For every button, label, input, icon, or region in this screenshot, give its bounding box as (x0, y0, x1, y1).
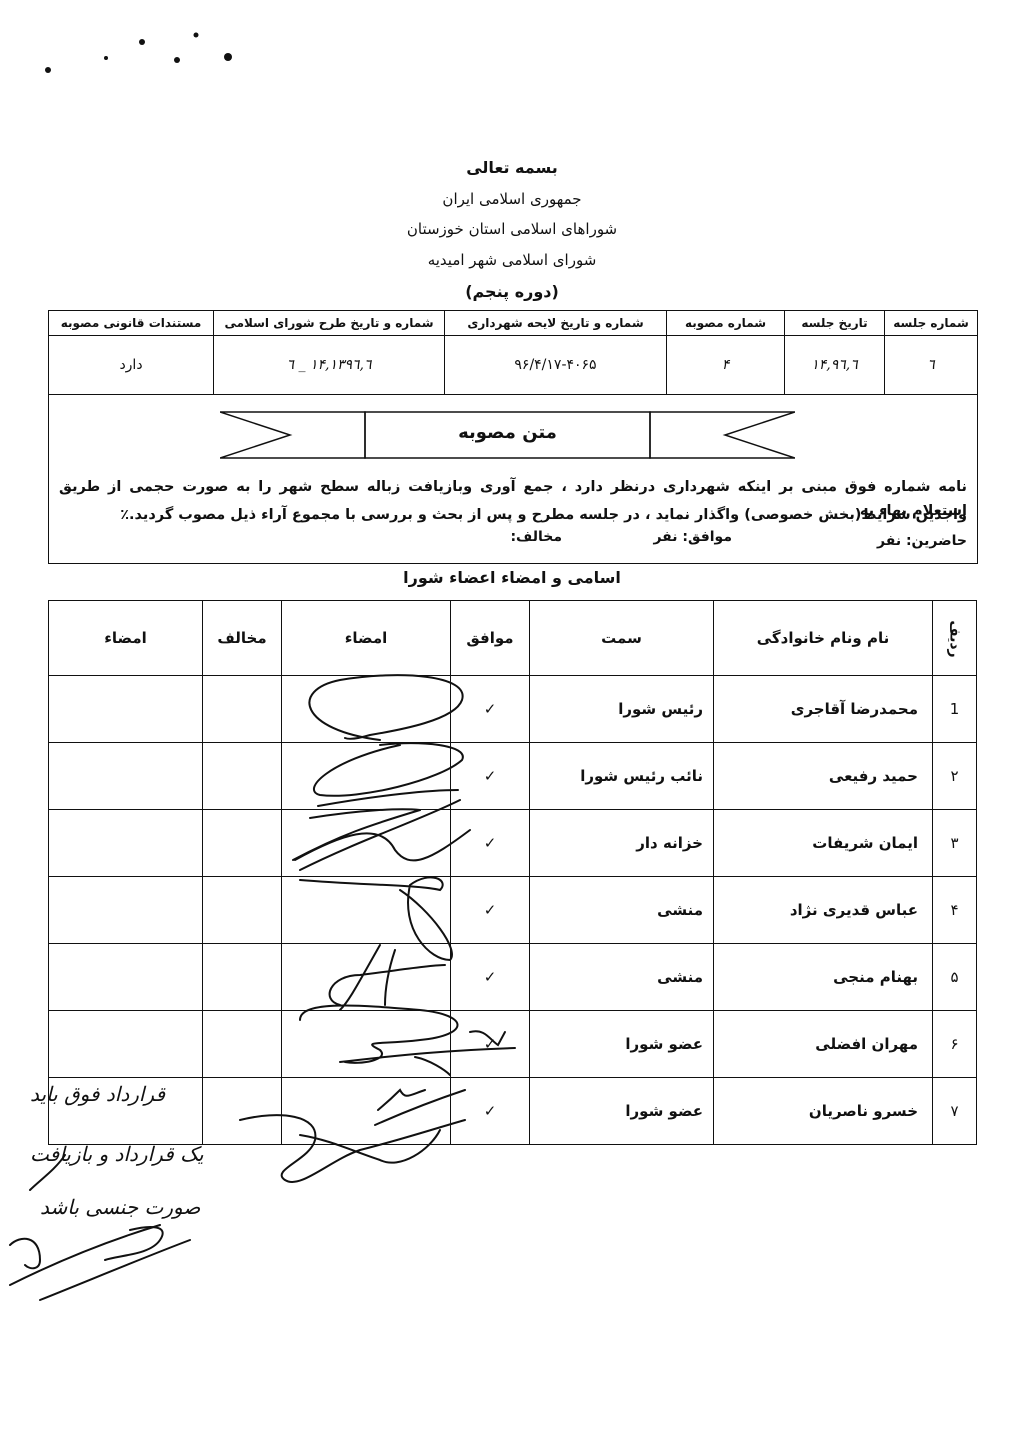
header-full-name: نام ونام خانوادگی (714, 601, 933, 676)
table-row: ۵ بهنام منجی منشی ✓ (49, 944, 977, 1011)
header-session-number: شماره جلسه (885, 311, 978, 336)
member-position: رئیس شورا (530, 676, 714, 743)
oppose-signature-cell (49, 810, 203, 877)
agree-check-icon: ✓ (451, 676, 530, 743)
handwritten-note-line-3: صورت جنسی باشد (40, 1195, 200, 1219)
oppose-cell (203, 944, 282, 1011)
member-position: نائب رئیس شورا (530, 743, 714, 810)
agree-count-label: موافق: نفر (653, 529, 732, 545)
table-row: ۷ خسرو ناصریان عضو شورا ✓ (49, 1078, 977, 1145)
agree-check-icon: ✓ (451, 1011, 530, 1078)
handwritten-note-line-1: قرارداد فوق باید (30, 1082, 165, 1106)
value-legal-documents: دارد (49, 336, 214, 395)
member-position: عضو شورا (530, 1078, 714, 1145)
signature-cell (282, 810, 451, 877)
signature-cell (282, 1011, 451, 1078)
city-council-heading: شورای اسلامی شهر امیدیه (0, 251, 1024, 269)
row-number: ۴ (933, 877, 977, 944)
oppose-cell (203, 1011, 282, 1078)
header-position: سمت (530, 601, 714, 676)
oppose-signature-cell (49, 676, 203, 743)
member-position: منشی (530, 944, 714, 1011)
table-row: ۳ ایمان شریفات خزانه دار ✓ (49, 810, 977, 877)
table-row: ۶ مهران افضلی عضو شورا ✓ (49, 1011, 977, 1078)
resolution-title: متن مصوبه (365, 422, 650, 443)
term-heading: (دوره پنجم) (0, 282, 1024, 301)
agree-check-icon: ✓ (451, 810, 530, 877)
header-agree: موافق (451, 601, 530, 676)
members-section-title: اسامی و امضاء اعضاء شورا (0, 568, 1024, 587)
signature-cell (282, 877, 451, 944)
value-resolution-number: ۴ (667, 336, 785, 395)
row-number: ۳ (933, 810, 977, 877)
row-number: ۲ (933, 743, 977, 810)
member-name: مهران افضلی (714, 1011, 933, 1078)
handwritten-note-line-2: یک قرارداد و بازیافت (30, 1142, 204, 1166)
signature-cell (282, 743, 451, 810)
value-session-date: ۹٦,٦,۱۴ (785, 336, 885, 395)
resolution-text-line-2: واجدین شرایط(بخش خصوصی) واگذار نماید ، د… (59, 503, 967, 527)
resolution-info-table: شماره جلسه تاریخ جلسه شماره مصوبه شماره … (48, 310, 978, 395)
present-count-label: حاضرین: نفر (877, 533, 967, 549)
member-name: خسرو ناصریان (714, 1078, 933, 1145)
member-name: ایمان شریفات (714, 810, 933, 877)
member-name: بهنام منجی (714, 944, 933, 1011)
table-row: 1 محمدرضا آقاجری رئیس شورا ✓ (49, 676, 977, 743)
table-row: ۲ حمید رفیعی نائب رئیس شورا ✓ (49, 743, 977, 810)
oppose-signature-cell (49, 1011, 203, 1078)
agree-check-icon: ✓ (451, 1078, 530, 1145)
header-oppose: مخالف (203, 601, 282, 676)
member-position: منشی (530, 877, 714, 944)
row-number: ۶ (933, 1011, 977, 1078)
oppose-cell (203, 1078, 282, 1145)
agree-check-icon: ✓ (451, 743, 530, 810)
invocation-heading: بسمه تعالی (0, 158, 1024, 177)
oppose-cell (203, 676, 282, 743)
signature-cell (282, 1078, 451, 1145)
table-row: ۴ عباس قدیری نژاد منشی ✓ (49, 877, 977, 944)
header-legal-documents: مستندات قانونی مصوبه (49, 311, 214, 336)
row-number: 1 (933, 676, 977, 743)
row-number: ۷ (933, 1078, 977, 1145)
country-heading: جمهوری اسلامی ایران (0, 190, 1024, 208)
member-name: عباس قدیری نژاد (714, 877, 933, 944)
agree-check-icon: ✓ (451, 944, 530, 1011)
header-session-date: تاریخ جلسه (785, 311, 885, 336)
value-session-number: ٦ (885, 336, 978, 395)
signature-cell (282, 944, 451, 1011)
resolution-title-ribbon: متن مصوبه (220, 410, 795, 460)
agree-check-icon: ✓ (451, 877, 530, 944)
header-municipal-bill: شماره و تاریخ لایحه شهرداری (445, 311, 667, 336)
oppose-cell (203, 877, 282, 944)
member-name: محمدرضا آقاجری (714, 676, 933, 743)
oppose-count-label: مخالف: (510, 529, 562, 545)
member-name: حمید رفیعی (714, 743, 933, 810)
row-number: ۵ (933, 944, 977, 1011)
header-signature: امضاء (282, 601, 451, 676)
member-position: خزانه دار (530, 810, 714, 877)
signature-cell (282, 676, 451, 743)
header-council-plan: شماره و تاریخ طرح شورای اسلامی (214, 311, 445, 336)
oppose-signature-cell (49, 944, 203, 1011)
council-members-table: ردیف نام ونام خانوادگی سمت موافق امضاء م… (48, 600, 977, 1145)
value-council-plan: ۱۳۹٦,٦,۱۴ _ ٦ (214, 336, 445, 395)
header-resolution-number: شماره مصوبه (667, 311, 785, 336)
header-row-number: ردیف (933, 601, 977, 676)
oppose-signature-cell (49, 743, 203, 810)
member-position: عضو شورا (530, 1011, 714, 1078)
oppose-signature-cell (49, 877, 203, 944)
value-municipal-bill: ۹۶/۴/۱۷-۴۰۶۵ (445, 336, 667, 395)
oppose-cell (203, 810, 282, 877)
header-signature-2: امضاء (49, 601, 203, 676)
oppose-cell (203, 743, 282, 810)
province-council-heading: شوراهای اسلامی استان خوزستان (0, 220, 1024, 238)
